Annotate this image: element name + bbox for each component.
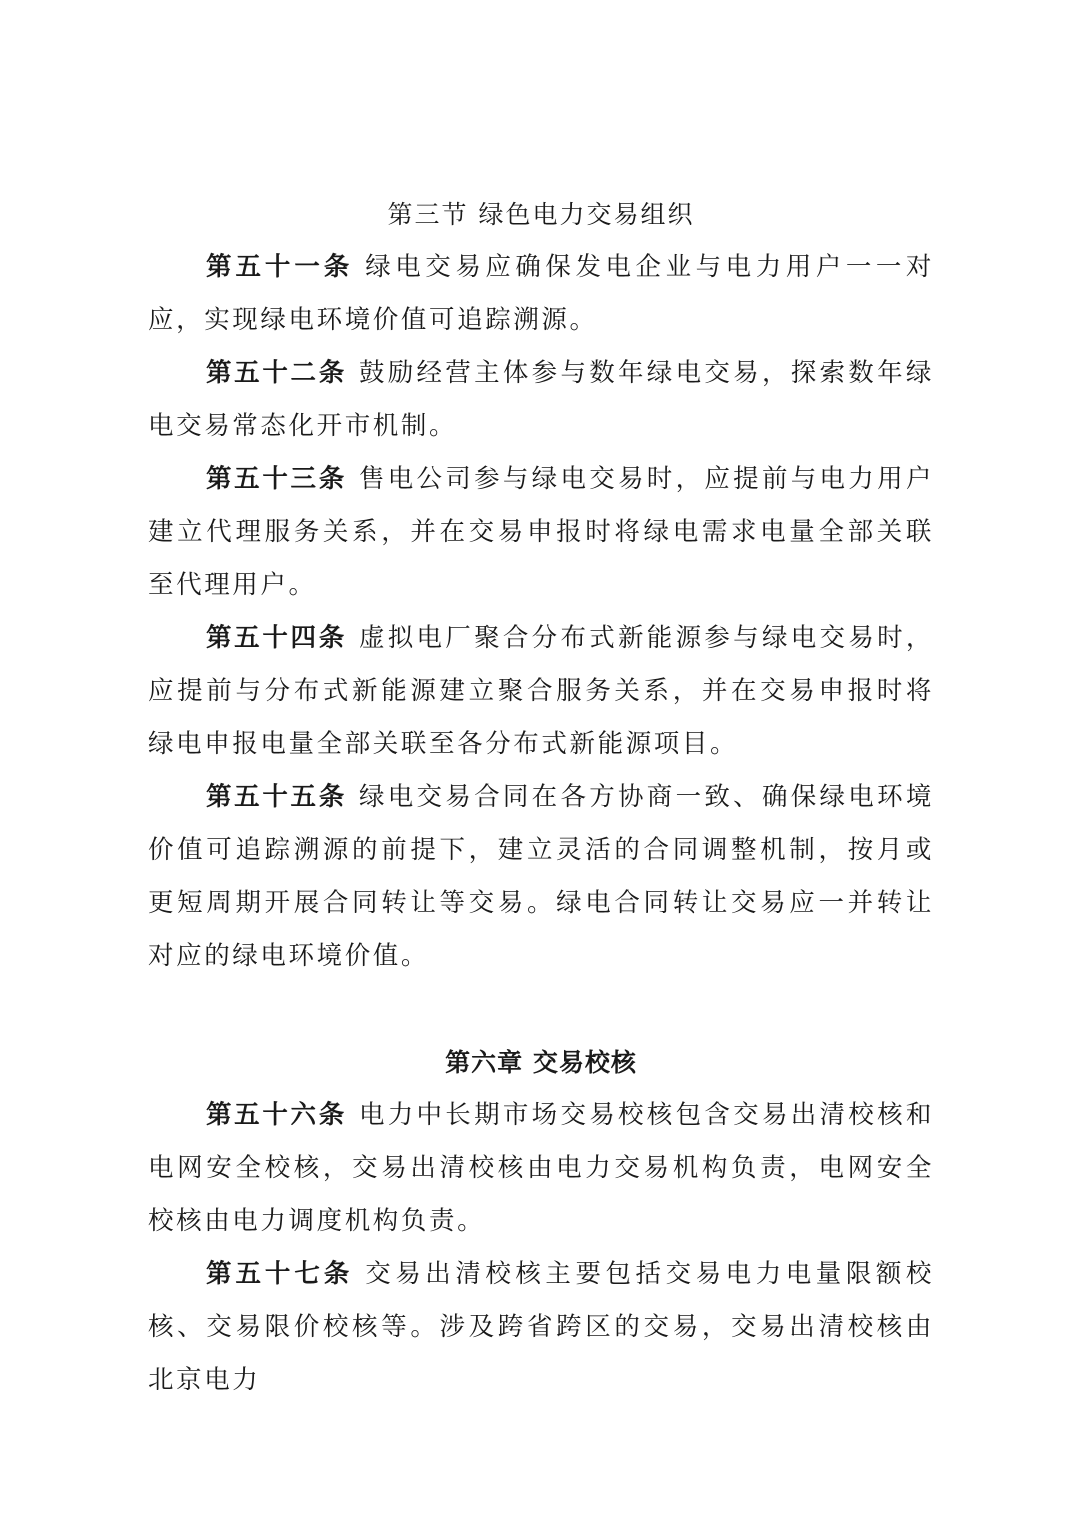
chapter-title: 第六章 交易校核: [148, 1036, 934, 1089]
article-label: 第五十二条: [206, 358, 347, 388]
article-56: 第五十六条电力中长期市场交易校核包含交易出清校核和电网安全校核，交易出清校核由电…: [148, 1089, 934, 1248]
article-55: 第五十五条绿电交易合同在各方协商一致、确保绿电环境价值可追踪溯源的前提下，建立灵…: [148, 771, 934, 983]
article-57: 第五十七条交易出清校核主要包括交易电力电量限额校核、交易限价校核等。涉及跨省跨区…: [148, 1248, 934, 1407]
article-label: 第五十七条: [206, 1259, 353, 1289]
chapter-spacer: [148, 983, 934, 1036]
article-label: 第五十六条: [206, 1100, 347, 1130]
article-label: 第五十一条: [206, 252, 353, 282]
article-label: 第五十四条: [206, 623, 347, 653]
article-51: 第五十一条绿电交易应确保发电企业与电力用户一一对应，实现绿电环境价值可追踪溯源。: [148, 241, 934, 347]
article-53: 第五十三条售电公司参与绿电交易时，应提前与电力用户建立代理服务关系，并在交易申报…: [148, 453, 934, 612]
article-label: 第五十五条: [206, 782, 347, 812]
document-page: 第三节 绿色电力交易组织 第五十一条绿电交易应确保发电企业与电力用户一一对应，实…: [148, 188, 934, 1407]
article-label: 第五十三条: [206, 464, 347, 494]
article-52: 第五十二条鼓励经营主体参与数年绿电交易，探索数年绿电交易常态化开市机制。: [148, 347, 934, 453]
section-title: 第三节 绿色电力交易组织: [148, 188, 934, 241]
article-54: 第五十四条虚拟电厂聚合分布式新能源参与绿电交易时，应提前与分布式新能源建立聚合服…: [148, 612, 934, 771]
